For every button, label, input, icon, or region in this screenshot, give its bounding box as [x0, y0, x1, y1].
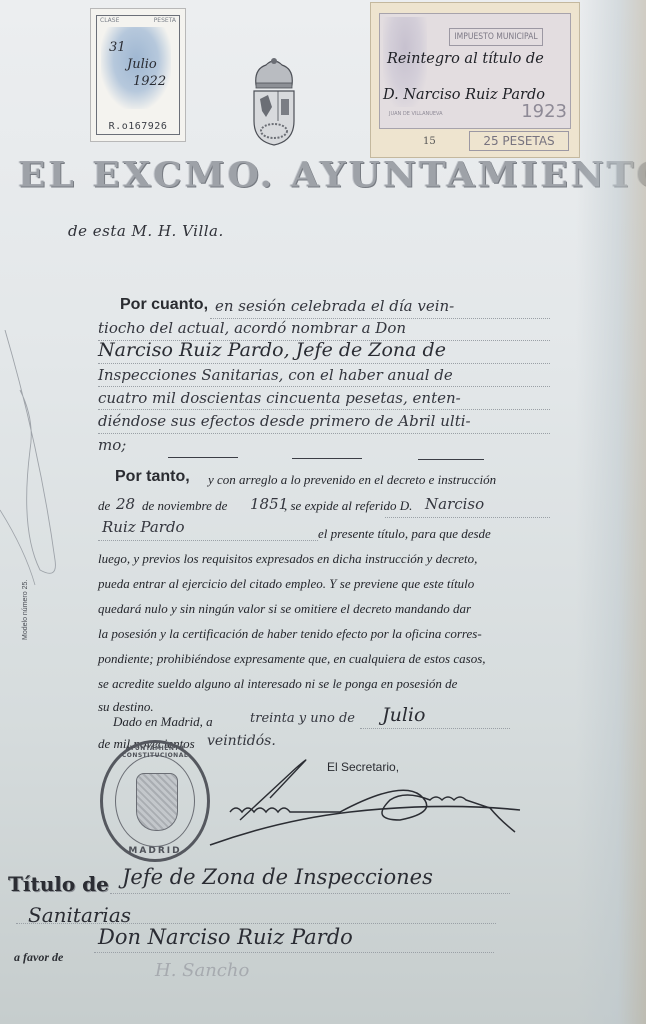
dotted-rule — [16, 923, 496, 924]
seal-text-bottom: MADRID — [103, 846, 207, 856]
dotted-rule — [98, 363, 550, 364]
municipal-seal: AYUNTAMIENTO CONSTITUCIONAL MADRID — [100, 740, 210, 862]
fill-dash — [292, 458, 362, 459]
dotted-rule — [98, 540, 318, 541]
por-cuanto-line-6: mo; — [98, 436, 126, 454]
pencil-note: H. Sancho — [155, 960, 249, 981]
page-title: EL EXCMO. AYUNTAMIENTO — [18, 155, 528, 195]
municipal-tax-stamp: IMPUESTO MUNICIPAL JUAN DE VILLANUEVA 19… — [370, 2, 580, 158]
dated-year: veintidós. — [207, 733, 276, 749]
dotted-rule — [110, 893, 510, 894]
stamp-year: 1922 — [109, 73, 179, 90]
pencil-flourish-icon — [0, 330, 70, 590]
stamp-plate-caption: JUAN DE VILLANUEVA — [389, 111, 443, 117]
por-tanto-line-3: el presente título, para que desde — [318, 526, 491, 542]
dotted-rule — [98, 386, 550, 387]
titulo-label: Título de — [8, 872, 109, 896]
stamp-year: 1923 — [521, 101, 567, 122]
dated-printed: Dado en Madrid, a — [113, 714, 213, 730]
por-tanto-line-7: la posesión y la certificación de haber … — [98, 626, 482, 642]
por-cuanto-label: Por cuanto, — [120, 296, 208, 314]
stamp-value: 25 PESETAS — [469, 131, 569, 151]
por-tanto-label: Por tanto, — [115, 468, 190, 486]
titulo-hand-line1: Jefe de Zona de Inspecciones — [122, 865, 433, 889]
stamp-corner-right: PESETA — [154, 17, 176, 24]
stamp-day: 31 — [109, 39, 179, 56]
stamp-number: 15 — [423, 136, 436, 147]
stamp-handwritten-date: 31 Julio 1922 — [109, 39, 179, 90]
madrid-crest-icon — [248, 55, 300, 147]
decree-name-rest: Ruiz Pardo — [102, 518, 185, 536]
por-tanto-de: de — [98, 498, 110, 514]
decree-day: 28 — [116, 495, 135, 513]
stamp-serial: R.o167926 — [91, 121, 185, 132]
stamp-header: IMPUESTO MUNICIPAL — [449, 28, 543, 46]
page-subtitle: de esta M. H. Villa. — [68, 222, 224, 240]
dotted-rule — [94, 952, 494, 953]
decree-referido: , se expide al referido D. — [284, 498, 412, 514]
favor-label: a favor de — [14, 950, 63, 965]
dated-day: treinta y uno de — [250, 711, 355, 726]
por-cuanto-line-0: en sesión celebrada el día vein- — [215, 297, 454, 315]
decree-month: de noviembre de — [142, 498, 227, 514]
seal-text-top: AYUNTAMIENTO CONSTITUCIONAL — [103, 745, 207, 759]
por-tanto-line-9: se acredite sueldo alguno al interesado … — [98, 676, 457, 692]
stamp-corner-left: CLASE — [100, 17, 119, 24]
stamp-month: Julio — [109, 56, 179, 73]
decree-name-first: Narciso — [425, 495, 484, 513]
por-cuanto-line-3: Inspecciones Sanitarias, con el haber an… — [98, 366, 453, 384]
por-tanto-line-5: pueda entrar al ejercicio del citado emp… — [98, 576, 474, 592]
secretary-signature-icon — [200, 750, 540, 860]
dated-month: Julio — [382, 704, 425, 726]
por-tanto-line-6: quedará nulo y sin ningún valor si se om… — [98, 601, 471, 617]
por-cuanto-line-2: Narciso Ruiz Pardo, Jefe de Zona de — [98, 339, 446, 361]
fiscal-stamp: CLASE PESETA 31 Julio 1922 R.o167926 — [90, 8, 186, 142]
por-cuanto-line-1: tiocho del actual, acordó nombrar a Don — [98, 319, 406, 337]
favor-hand-name: Don Narciso Ruiz Pardo — [98, 925, 353, 949]
fill-dash — [168, 457, 238, 458]
por-cuanto-line-5: diéndose sus efectos desde primero de Ab… — [98, 412, 471, 430]
por-tanto-line-1: y con arreglo a lo prevenido en el decre… — [208, 472, 496, 488]
dotted-rule — [360, 728, 510, 729]
dotted-rule — [385, 517, 550, 518]
fill-dash — [418, 459, 484, 460]
por-tanto-line-8: pondiente; prohibiéndose expresamente qu… — [98, 651, 486, 667]
stamp-handwritten-line1: Reintegro al título de — [387, 51, 587, 67]
por-tanto-line-4: luego, y previos los requisitos expresad… — [98, 551, 477, 567]
decree-year: 1851 — [250, 495, 288, 513]
dotted-rule — [98, 409, 550, 410]
stamp-handwritten-line2: D. Narciso Ruiz Pardo — [383, 87, 583, 103]
por-cuanto-line-4: cuatro mil doscientas cincuenta pesetas,… — [98, 389, 461, 407]
por-tanto-line-10: su destino. — [98, 699, 154, 715]
dotted-rule — [98, 433, 550, 434]
seal-coat-of-arms-icon — [136, 773, 178, 831]
document-page: CLASE PESETA 31 Julio 1922 R.o167926 IMP… — [0, 0, 646, 1024]
